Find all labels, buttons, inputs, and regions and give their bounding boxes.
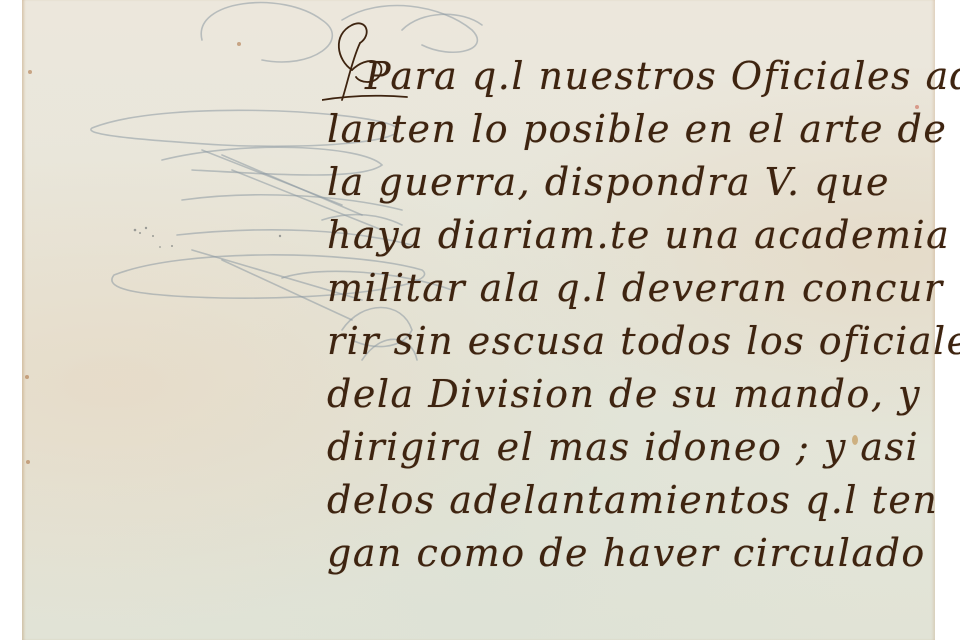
paper-stain	[26, 460, 30, 464]
manuscript-line: rir sin escusa todos los oficiales	[327, 315, 947, 368]
manuscript-line: dela Division de su mando, y	[327, 368, 947, 421]
manuscript-line: haya diariam.te una academia	[327, 209, 947, 262]
manuscript-text: Para q.l nuestros Oficiales ade lanten l…	[327, 50, 947, 580]
paper-stain	[28, 70, 32, 74]
manuscript-line: delos adelantamientos q.l ten	[327, 474, 947, 527]
manuscript-line: gan como de haver circulado	[327, 527, 947, 580]
manuscript-page: Para q.l nuestros Oficiales ade lanten l…	[22, 0, 935, 640]
manuscript-line: Para q.l nuestros Oficiales ade	[327, 50, 947, 103]
paper-stain	[25, 375, 29, 379]
manuscript-line: dirigira el mas idoneo ; y asi	[327, 421, 947, 474]
manuscript-line: lanten lo posible en el arte de	[327, 103, 947, 156]
manuscript-line: la guerra, dispondra V. que	[327, 156, 947, 209]
paper-stain	[237, 42, 241, 46]
manuscript-line: militar ala q.l deveran concur	[327, 262, 947, 315]
